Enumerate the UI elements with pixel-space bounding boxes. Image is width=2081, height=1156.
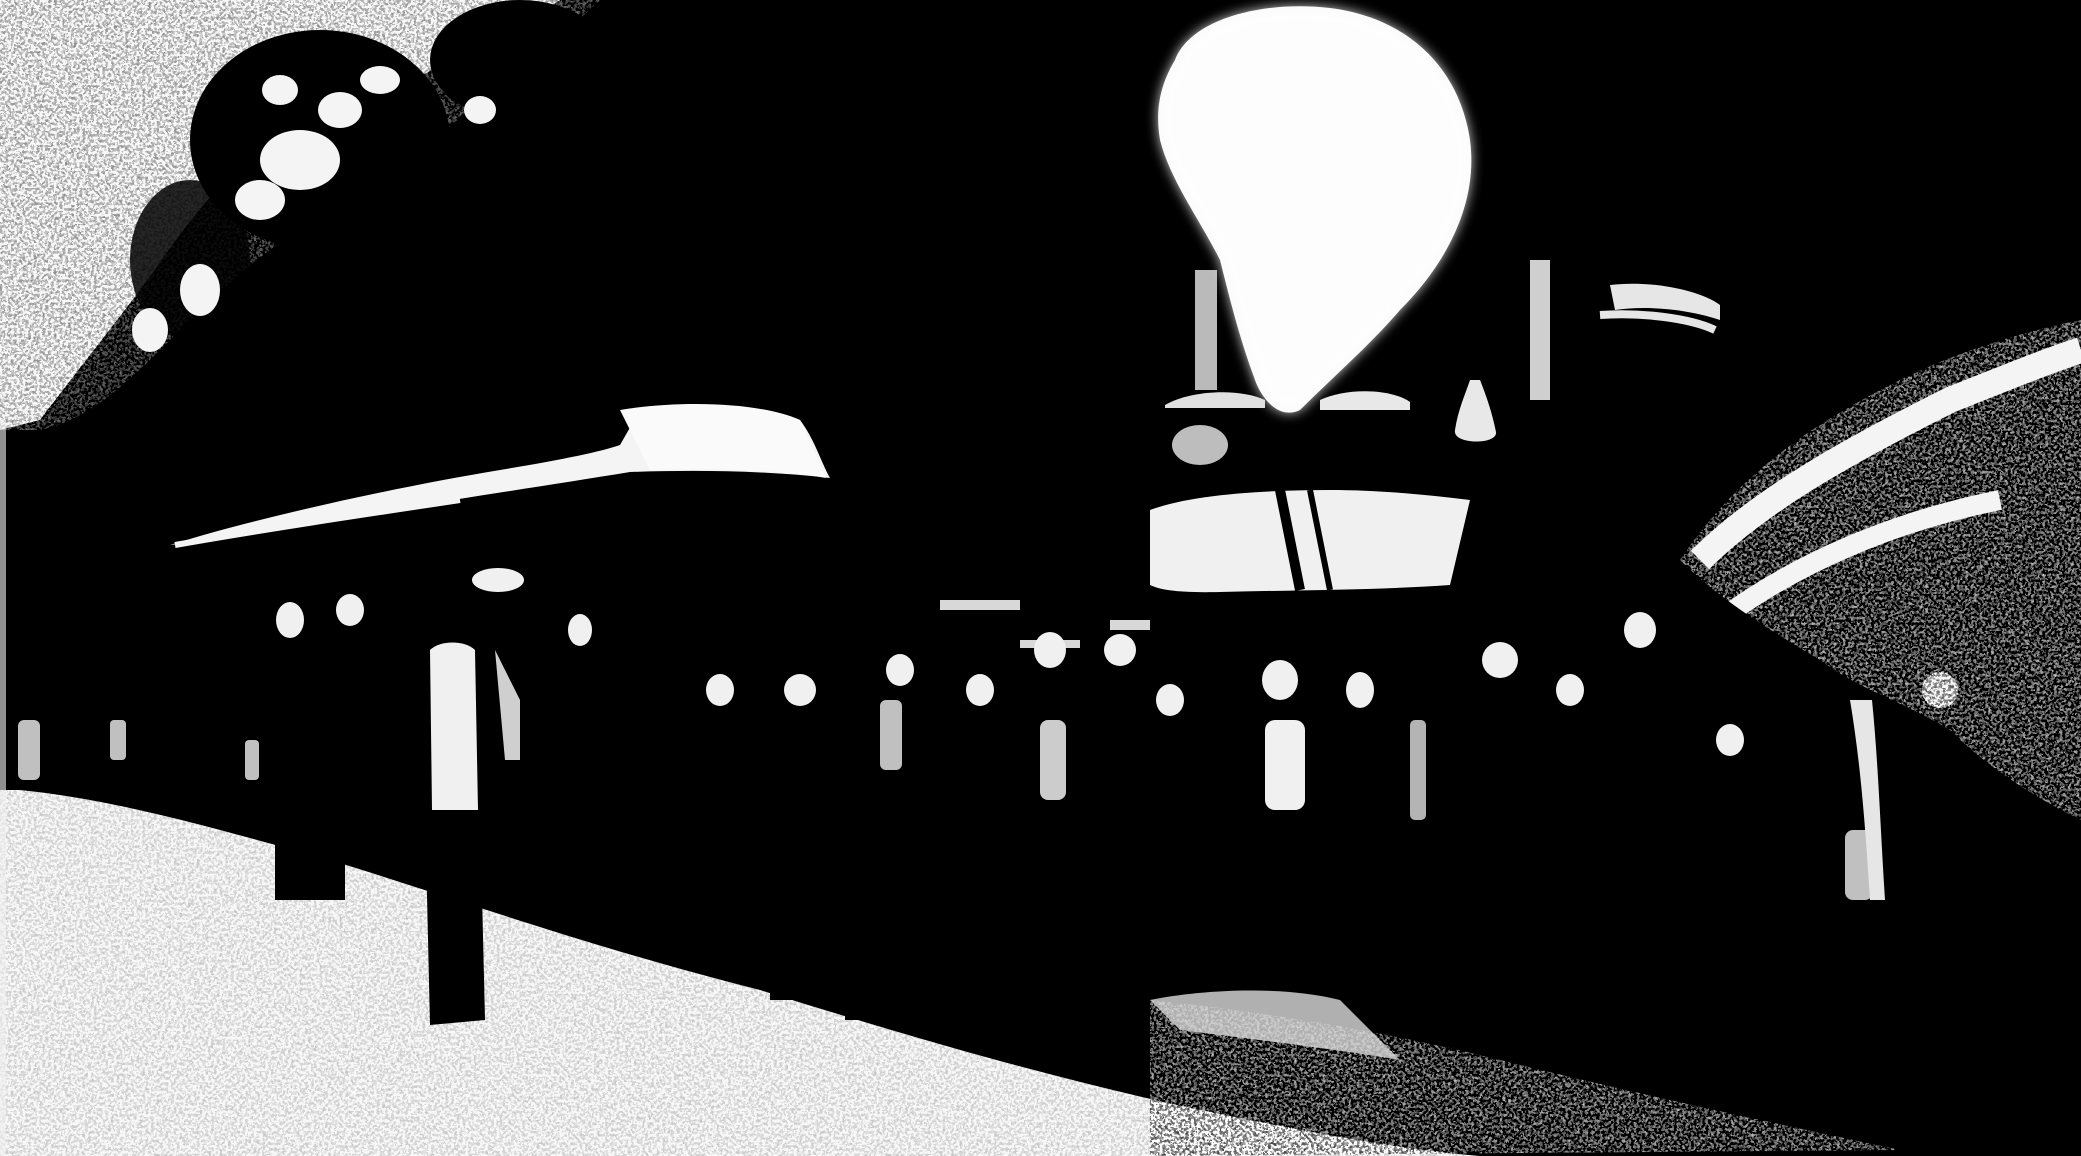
photo-scene: [0, 0, 2081, 1156]
left-border: [0, 420, 6, 1156]
